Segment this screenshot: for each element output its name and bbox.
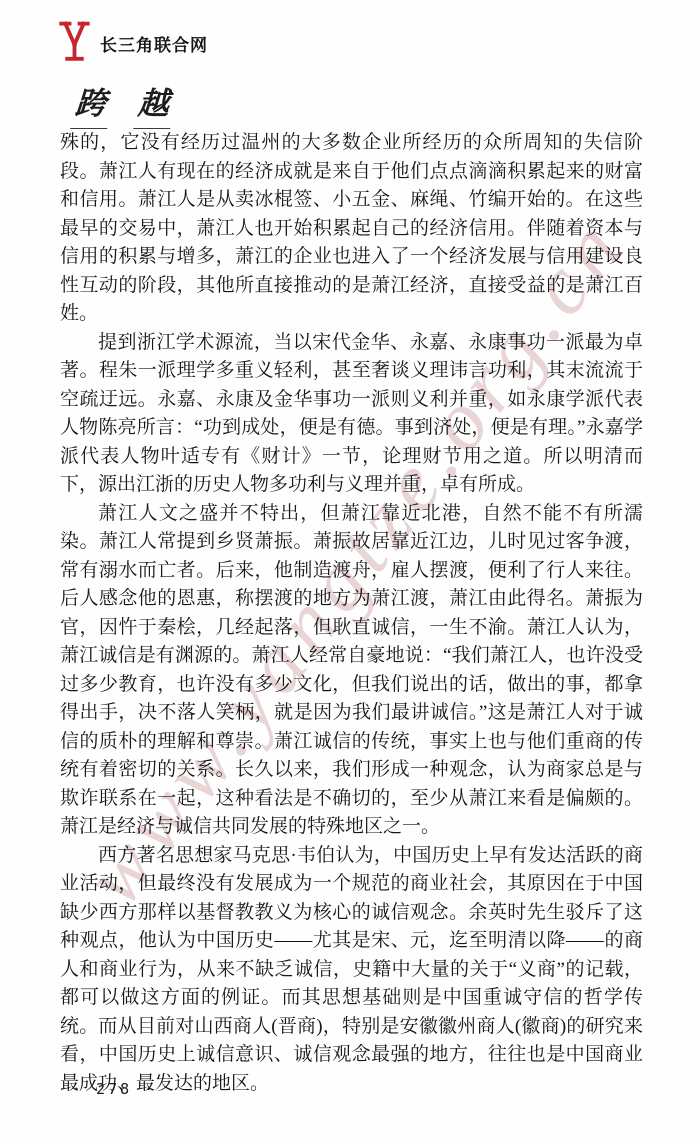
scanned-book-page: www.yangtze.org.cn 长三角联合网 跨 越 殊的，它没有经历过温…: [0, 0, 700, 1144]
paragraph-2: 提到浙江学术源流，当以宋代金华、永嘉、永康事功一派最为卓著。程朱一派理学多重义轻…: [60, 329, 643, 500]
site-logo-icon: [58, 20, 91, 62]
paragraph-1: 殊的，它没有经历过温州的大多数企业所经历的众所周知的失信阶段。萧江人有现在的经济…: [60, 129, 643, 329]
paragraph-3: 萧江人文之盛并不特出，但萧江靠近北港，自然不能不有所濡染。萧江人常提到乡贤萧振。…: [60, 500, 643, 842]
page-title-char-2: 越: [133, 78, 174, 129]
paragraph-4: 西方著名思想家马克思·韦伯认为，中国历史上早有发达活跃的商业活动，但最终没有发展…: [60, 842, 643, 1099]
body-text: 殊的，它没有经历过温州的大多数企业所经历的众所周知的失信阶段。萧江人有现在的经济…: [60, 129, 643, 1098]
page-title: 跨 越: [70, 78, 174, 129]
page-title-char-1: 跨: [70, 78, 111, 129]
page-number: · 278 ·: [72, 1080, 156, 1098]
site-header: 长三角联合网: [58, 20, 208, 62]
site-name: 长三角联合网: [100, 27, 208, 56]
